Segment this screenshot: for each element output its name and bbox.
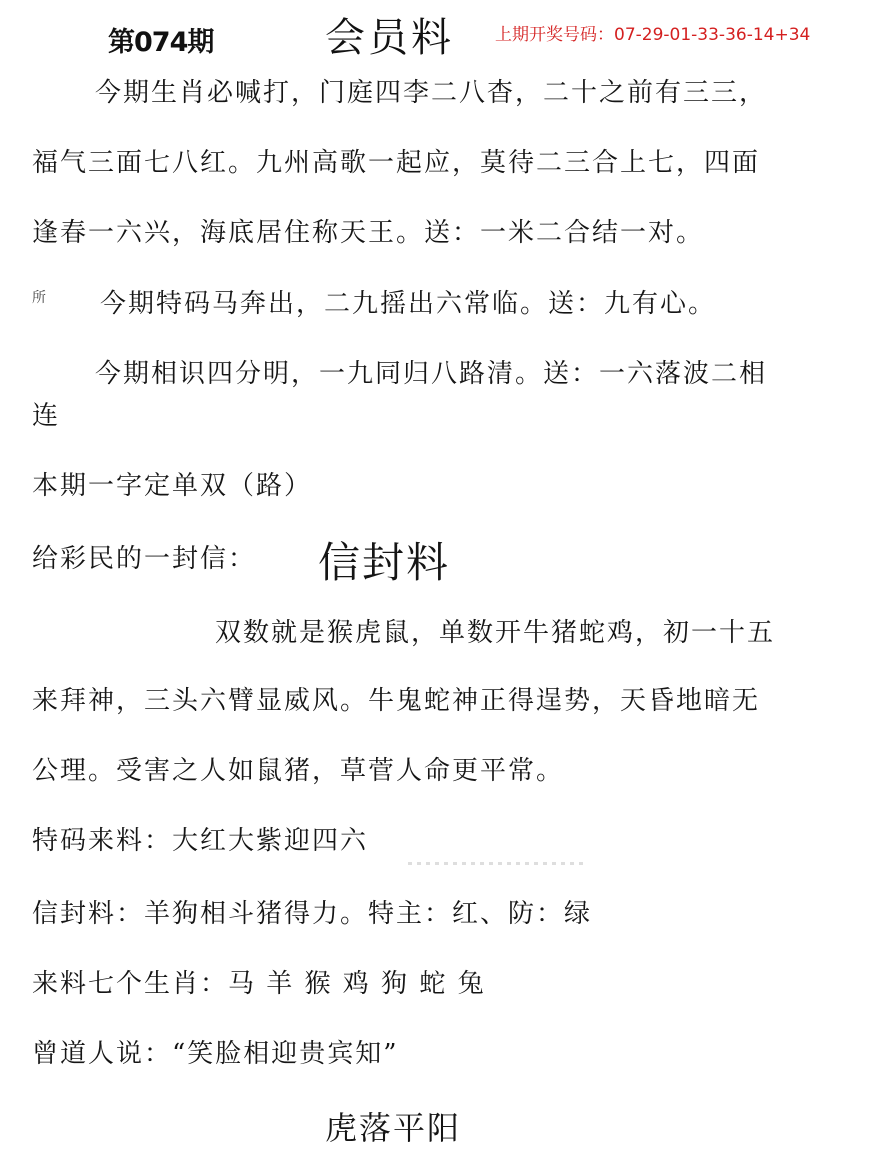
- seven-zodiacs-line: 来料七个生肖：马 羊 猴 鸡 狗 蛇 兔: [32, 963, 486, 1000]
- letter-paragraph-2: 来拜神，三头六臂显威风。牛鬼蛇神正得逞势，天昏地暗无: [32, 680, 760, 717]
- letter-label: 给彩民的一封信：: [32, 538, 256, 575]
- poem-line-4: 今期特码马奔出，二九摇出六常临。送：九有心。: [100, 283, 716, 320]
- last-draw-results: 上期开奖号码：07-29-01-33-36-14+34: [495, 20, 810, 45]
- last-draw-numbers: 07-29-01-33-36-14+34: [614, 25, 810, 45]
- special-code-line: 特码来料：大红大紫迎四六: [32, 820, 368, 857]
- poem-line-5: 今期相识四分明，一九同归八路清。送：一六落波二相: [95, 353, 767, 390]
- letter-title: 信封料: [318, 530, 450, 590]
- poem-line-3: 逢春一六兴，海底居住称天王。送：一米二合结一对。: [32, 212, 704, 249]
- envelope-line: 信封料：羊狗相斗猪得力。特主：红、防：绿: [32, 893, 592, 930]
- saying-line: 曾道人说：“笑脸相迎贵宾知”: [32, 1033, 399, 1070]
- letter-paragraph-1: 双数就是猴虎鼠，单数开牛猪蛇鸡，初一十五: [215, 612, 775, 649]
- closing-phrase: 虎落平阳: [325, 1103, 461, 1149]
- scan-noise: [408, 862, 588, 865]
- poem-line-7: 本期一字定单双（路）: [32, 465, 312, 502]
- poem-line-6: 连: [32, 395, 60, 432]
- poem-line-1: 今期生肖必喊打，门庭四李二八杳，二十之前有三三，: [95, 72, 767, 109]
- last-draw-label: 上期开奖号码：: [495, 25, 614, 45]
- poem-line-2: 福气三面七八红。九州高歌一起应，莫待二三合上七，四面: [32, 142, 760, 179]
- page-title: 会员料: [325, 6, 454, 63]
- issue-number: 第074期: [108, 20, 213, 59]
- scan-artifact-glyph: 所: [32, 287, 46, 307]
- letter-paragraph-3: 公理。受害之人如鼠猪，草菅人命更平常。: [32, 750, 564, 787]
